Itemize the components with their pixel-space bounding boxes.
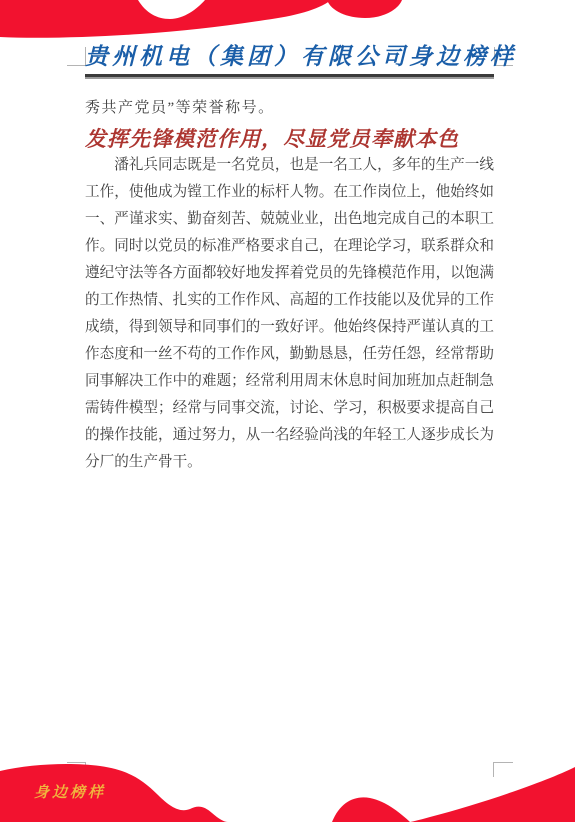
document-page: 贵州机电（集团）有限公司身边榜样 秀共产党员”等荣誉称号。 发挥先锋模范作用，尽… <box>0 0 575 822</box>
section-heading: 发挥先锋模范作用，尽显党员奉献本色 <box>85 123 505 153</box>
footer-badge-label: 身边榜样 <box>34 781 106 802</box>
carryover-text-line: 秀共产党员”等荣誉称号。 <box>85 96 494 117</box>
text-boundary-mark-top-left <box>67 47 86 66</box>
title-divider-rule <box>85 74 494 79</box>
body-paragraph: 潘礼兵同志既是一名党员，也是一名工人，多年的生产一线工作，使他成为镗工作业的标杆… <box>85 152 494 476</box>
document-title: 贵州机电（集团）有限公司身边榜样 <box>85 38 494 71</box>
text-boundary-mark-bottom-right <box>493 762 513 777</box>
text-boundary-mark-bottom-left <box>67 762 86 778</box>
